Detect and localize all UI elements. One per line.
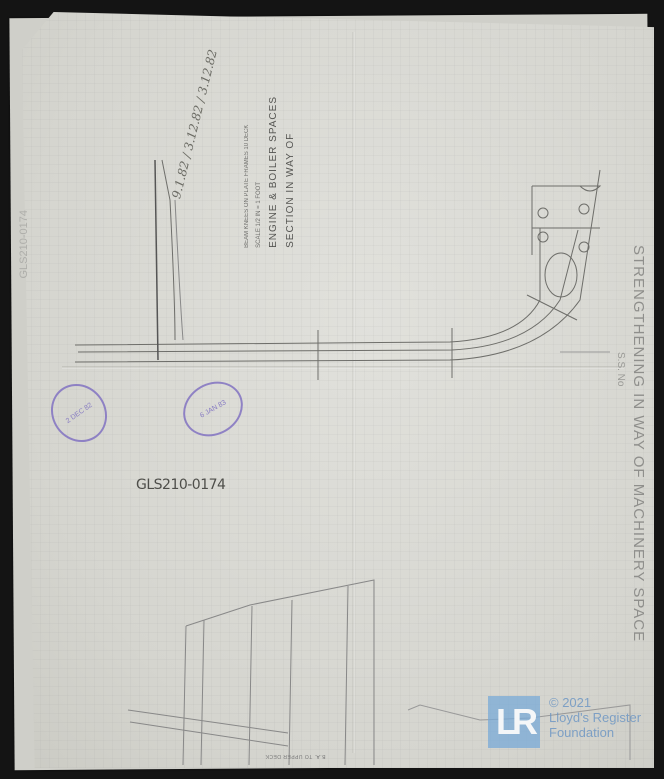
lr-logo-icon: LR [488,696,540,748]
bottom-label: B.A. TO UPPER DECK [265,753,326,759]
watermark-text: © 2021 Lloyd's Register Foundation [549,695,641,740]
margin-faint-text: GLS210-0174 [18,210,30,279]
copyright: © 2021 [549,695,641,710]
section-title: SECTION IN WAY OF [285,96,296,248]
drawing-title: STRENGTHENING IN WAY OF MACHINERY SPACE [630,245,647,642]
structural-drawing [0,0,664,779]
section-notes: SECTION IN WAY OF ENGINE & BOILER SPACES… [244,96,296,248]
document-id: GLS210-0174 [136,477,225,493]
section-subtitle: ENGINE & BOILER SPACES [268,96,279,248]
org-name-2: Foundation [549,725,641,740]
beam-note: BEAM KNEES ON PLATE FRAMES 10 DECK [244,96,250,248]
org-name: Lloyd's Register [549,710,641,725]
scale-note: SCALE 1/2 IN = 1 FOOT [256,96,262,248]
ship-number-label: S.S. No [615,352,626,386]
